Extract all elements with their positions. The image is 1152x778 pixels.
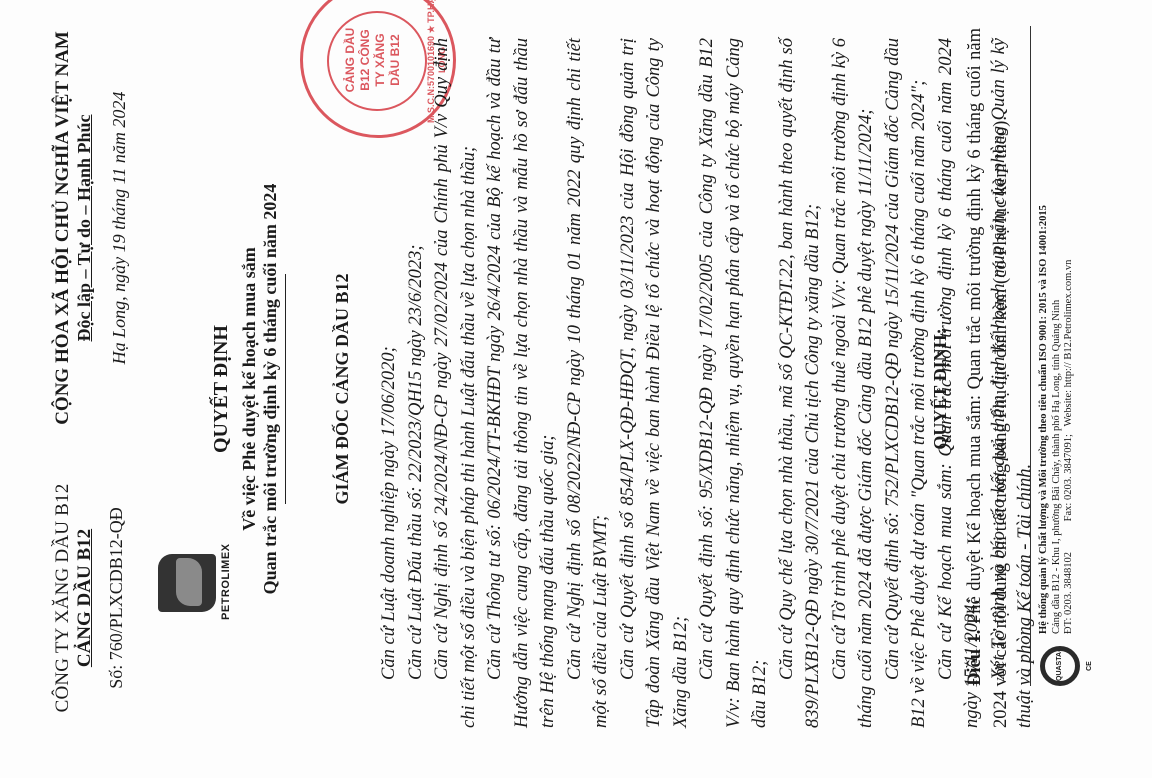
title-subject-2: Quan trắc môi trường định kỳ 6 tháng cuố… <box>260 0 281 778</box>
decision-heading: QUYẾT ĐỊNH: <box>930 0 951 778</box>
footer-text: Hệ thống quản lý Chất lượng và Môi trườn… <box>1038 205 1076 634</box>
article-text: Phê duyệt Kế hoạch mua sắm: Quan trắc mô… <box>965 28 1011 728</box>
logo-mark <box>158 554 216 612</box>
article-1: Điều 1. Phê duyệt Kế hoạch mua sắm: Quan… <box>962 28 1014 728</box>
basis-item: Căn cứ Quyết định số: 95/XDB12-QĐ ngày 1… <box>694 38 774 728</box>
footer-website: Website: http:// B12.Petrolimex.com.vn <box>1063 260 1074 427</box>
basis-item: Căn cứ Nghị định số 08/2022/NĐ-CP ngày 1… <box>562 38 615 728</box>
basis-item: Căn cứ Luật doanh nghiệp ngày 17/06/2020… <box>376 38 403 728</box>
decision-title: QUYẾT ĐỊNH Về việc Phê duyệt kế hoạch mu… <box>210 0 286 778</box>
place-date: Hạ Long, ngày 19 tháng 11 năm 2024 <box>109 8 130 448</box>
national-motto: Độc lập – Tự do – Hạnh Phúc <box>74 8 95 448</box>
unit-name: CẢNG DẦU B12 <box>74 448 96 748</box>
company-name: CÔNG TY XĂNG DẦU B12 <box>52 448 74 748</box>
title-subject-1: Về việc Phê duyệt kế hoạch mua sắm <box>239 0 260 778</box>
document-footer: QUASTA-CE Hệ thống quản lý Chất lượng và… <box>1036 6 1096 686</box>
logo-wave <box>176 558 202 606</box>
footer-fax: Fax: 0203. 3847091; <box>1063 434 1074 521</box>
document-page: CÔNG TY XĂNG DẦU B12 CẢNG DẦU B12 Số: 76… <box>0 0 1152 778</box>
title-heading: QUYẾT ĐỊNH <box>210 0 233 778</box>
footer-address: Cảng dầu B12 - Khu I, phường Bãi Cháy, t… <box>1051 205 1064 634</box>
footer-contacts: ĐT: 0203. 3848102 Fax: 0203. 3847091; We… <box>1063 205 1076 634</box>
basis-item: Căn cứ Quyết định số 854/PLX-QĐ-HĐQT, ng… <box>615 38 695 728</box>
basis-item: Căn cứ Luật Đấu thầu số: 22/2023/QH15 ng… <box>403 38 430 728</box>
basis-item: Căn cứ Thông tư số: 06/2024/TT-BKHĐT ngà… <box>482 38 562 728</box>
quasta-cert-icon: QUASTA-CE <box>1040 646 1080 686</box>
national-header: CỘNG HÒA XÃ HỘI CHỦ NGHĨA VIỆT NAM Độc l… <box>52 8 130 448</box>
basis-item: Căn cứ Nghị định số 24/2024/NĐ-CP ngày 2… <box>429 38 482 728</box>
document-number: Số: 760/PLXCDB12-QĐ <box>106 448 127 748</box>
motto-text: Độc lập – Tự do – Hạnh Phúc <box>74 114 94 341</box>
issuer-block: CÔNG TY XĂNG DẦU B12 CẢNG DẦU B12 Số: 76… <box>52 448 127 748</box>
title-divider <box>285 274 286 504</box>
basis-item: Căn cứ Quy chế lựa chọn nhà thầu, mã số … <box>774 38 827 728</box>
basis-item: Căn cứ Tờ trình phê duyệt chủ trương thu… <box>827 38 880 728</box>
footer-phone: ĐT: 0203. 3848102 <box>1063 552 1074 634</box>
footer-divider <box>1030 26 1031 686</box>
basis-item: Căn cứ Quyết định số: 752/PLXCDB12-QĐ ng… <box>880 38 933 728</box>
footer-iso-line: Hệ thống quản lý Chất lượng và Môi trườn… <box>1038 205 1051 634</box>
nation-title: CỘNG HÒA XÃ HỘI CHỦ NGHĨA VIỆT NAM <box>52 8 74 448</box>
document-header: CÔNG TY XĂNG DẦU B12 CẢNG DẦU B12 Số: 76… <box>52 0 152 778</box>
authority-heading: GIÁM ĐỐC CẢNG DẦU B12 <box>332 0 353 778</box>
article-label: Điều 1. <box>965 630 985 686</box>
